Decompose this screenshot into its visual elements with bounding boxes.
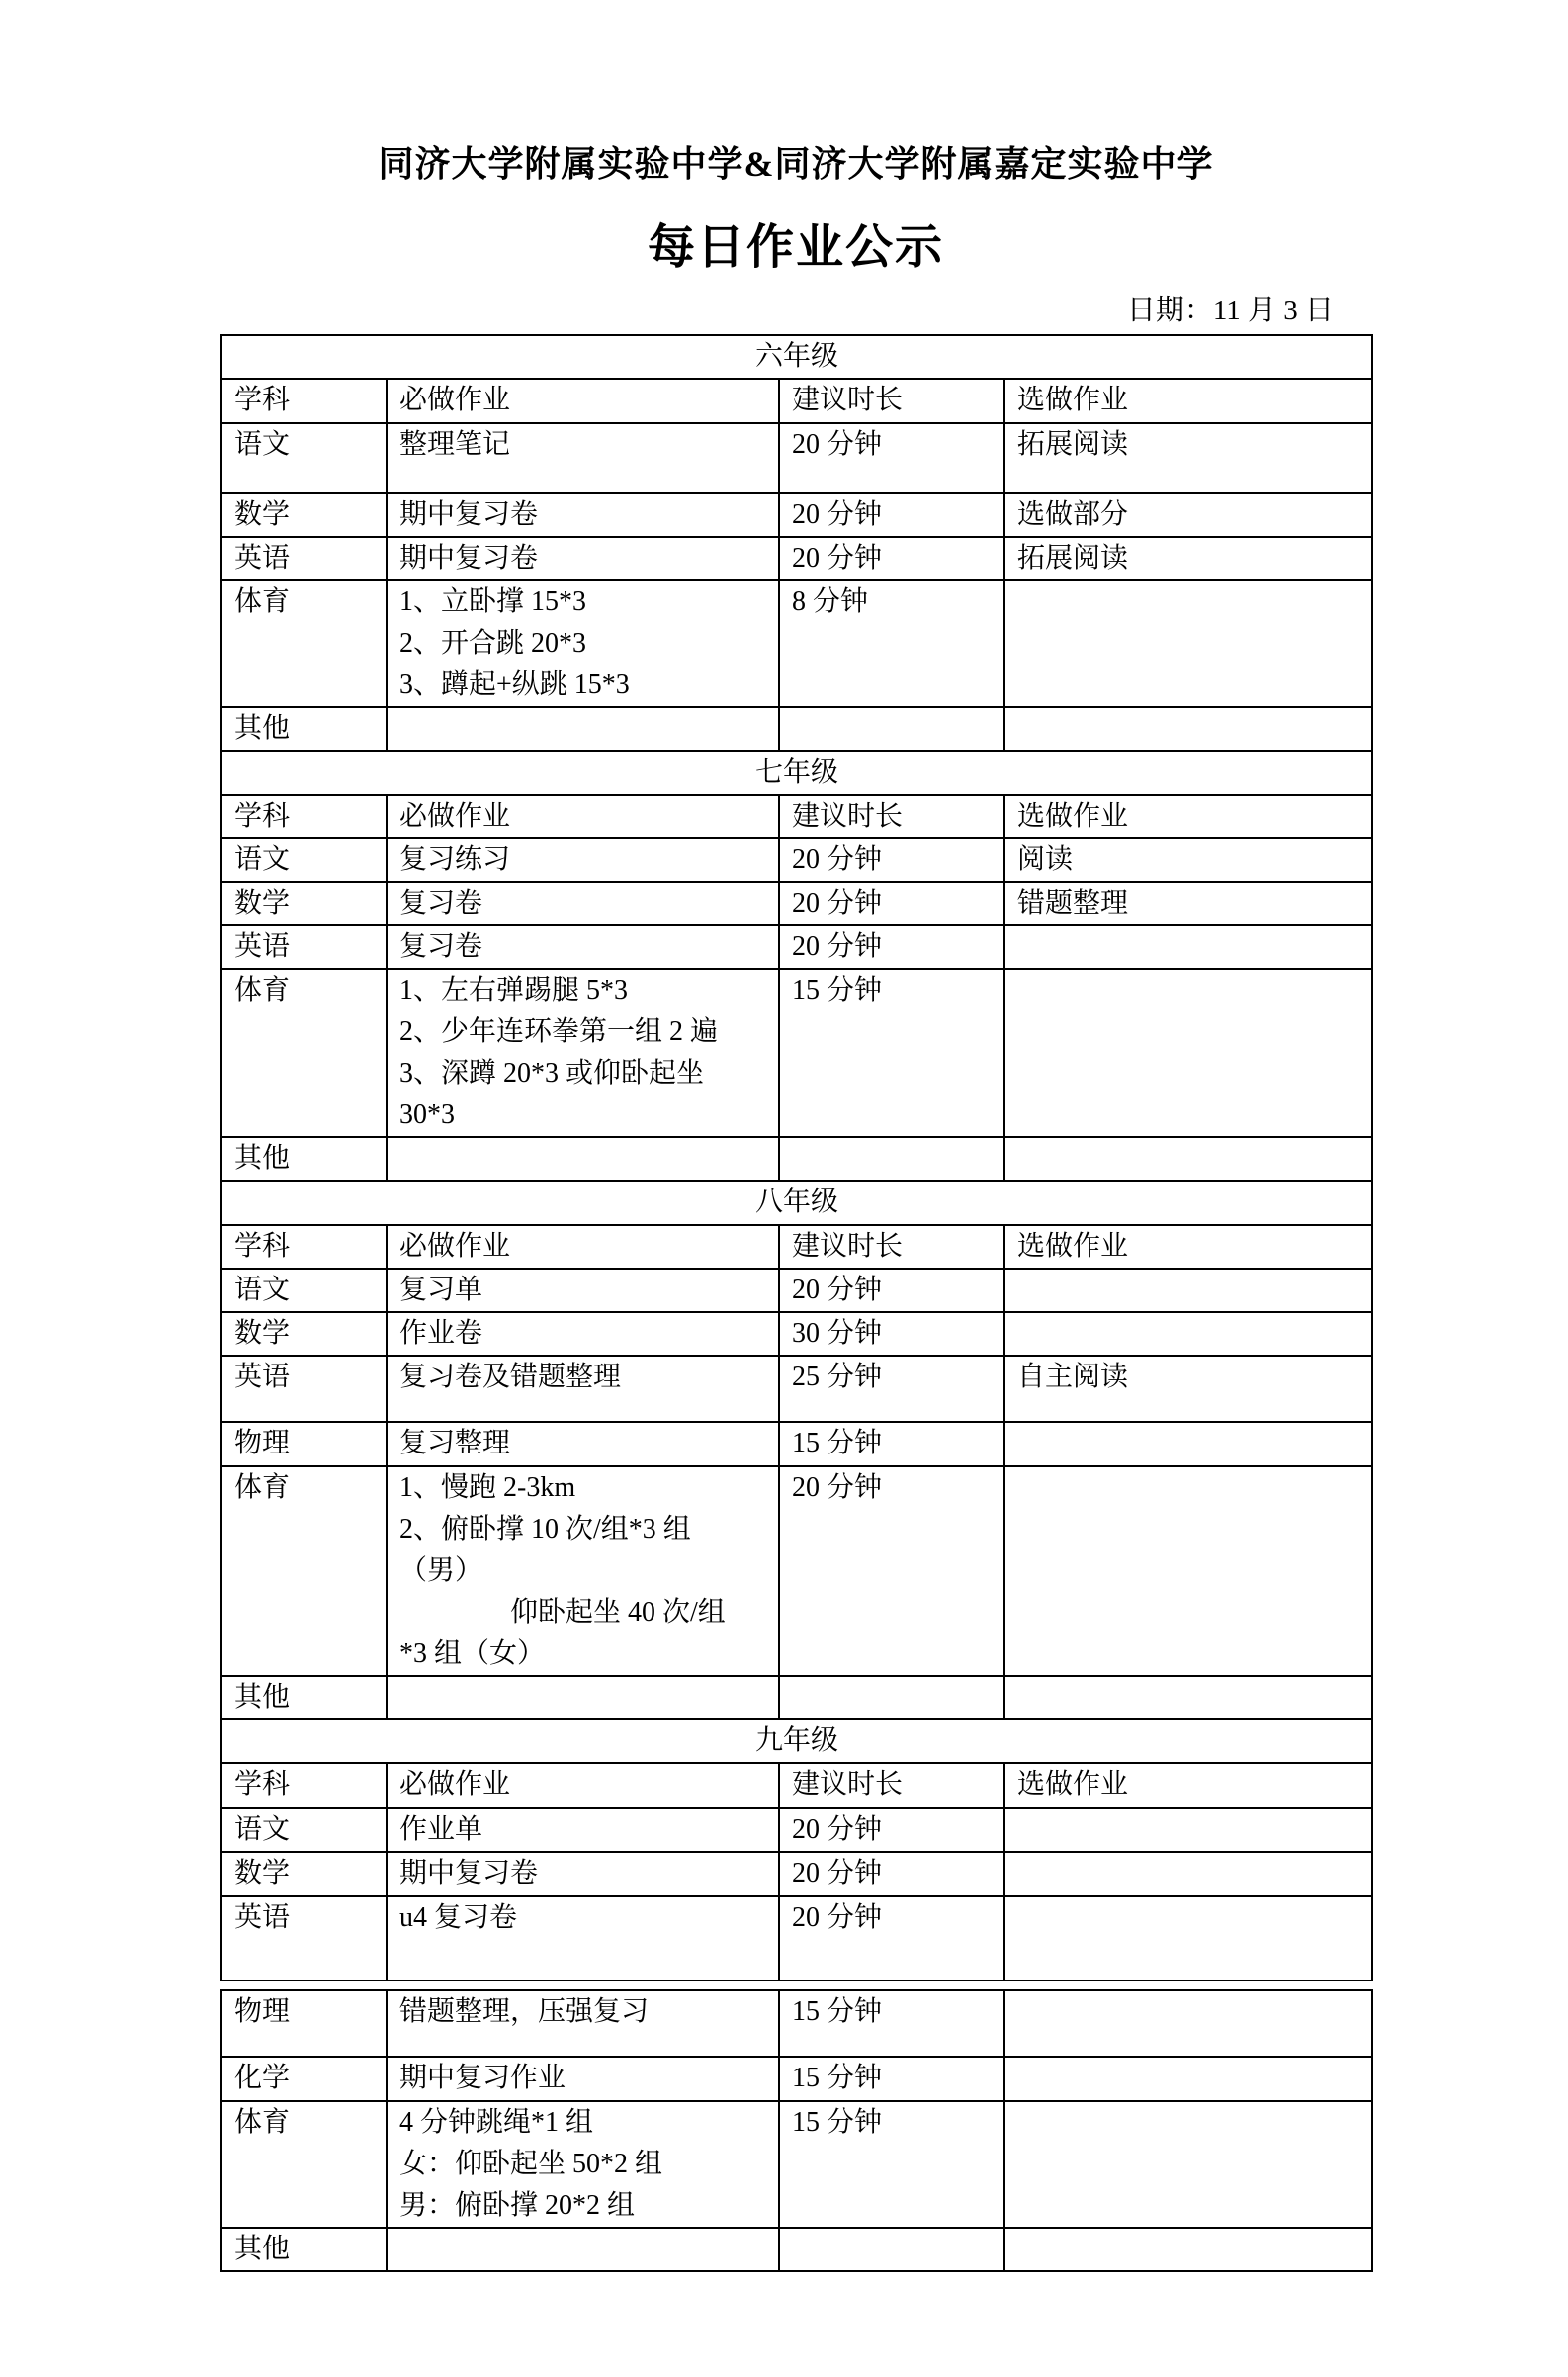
optional-cell — [1004, 580, 1372, 707]
column-header-duration: 建议时长 — [779, 795, 1004, 838]
subject-cell: 数学 — [221, 1852, 387, 1896]
duration-cell — [779, 1137, 1004, 1181]
required-cell: 错题整理，压强复习 — [387, 1990, 779, 2057]
column-header-required: 必做作业 — [387, 1225, 779, 1269]
grade6-title-row: 六年级 — [221, 335, 1372, 379]
grade9-title-row: 九年级 — [221, 1719, 1372, 1763]
column-header-duration: 建议时长 — [779, 1763, 1004, 1808]
duration-cell: 20 分钟 — [779, 882, 1004, 925]
optional-cell — [1004, 1676, 1372, 1719]
required-cell — [387, 1137, 779, 1181]
grade9-title: 九年级 — [221, 1719, 1372, 1763]
table-row: 物理 复习整理 15 分钟 — [221, 1422, 1372, 1466]
duration-cell: 20 分钟 — [779, 493, 1004, 537]
required-cell — [387, 707, 779, 751]
subject-cell: 其他 — [221, 1137, 387, 1181]
subject-cell: 语文 — [221, 838, 387, 882]
required-cell: 1、左右弹踢腿 5*3 2、少年连环拳第一组 2 遍 3、深蹲 20*3 或仰卧… — [387, 969, 779, 1137]
required-cell: 复习卷及错题整理 — [387, 1356, 779, 1422]
subject-cell: 体育 — [221, 969, 387, 1137]
table-row: 英语 复习卷 20 分钟 — [221, 925, 1372, 969]
optional-cell — [1004, 1137, 1372, 1181]
school-title: 同济大学附属实验中学&同济大学附属嘉定实验中学 — [220, 140, 1371, 188]
subject-cell: 英语 — [221, 1896, 387, 1981]
subject-cell: 化学 — [221, 2057, 387, 2101]
grade8-title-row: 八年级 — [221, 1181, 1372, 1225]
subject-cell: 语文 — [221, 1808, 387, 1852]
grade7-title-row: 七年级 — [221, 751, 1372, 795]
duration-cell — [779, 2228, 1004, 2271]
duration-cell: 15 分钟 — [779, 1990, 1004, 2057]
optional-cell — [1004, 925, 1372, 969]
duration-cell: 20 分钟 — [779, 1269, 1004, 1312]
column-header-subject: 学科 — [221, 379, 387, 423]
column-header-duration: 建议时长 — [779, 379, 1004, 423]
required-cell: 复习单 — [387, 1269, 779, 1312]
subject-cell: 物理 — [221, 1990, 387, 2057]
duration-cell: 8 分钟 — [779, 580, 1004, 707]
duration-cell: 20 分钟 — [779, 537, 1004, 580]
optional-cell — [1004, 1896, 1372, 1981]
required-cell: 复习卷 — [387, 882, 779, 925]
required-cell: 1、立卧撑 15*3 2、开合跳 20*3 3、蹲起+纵跳 15*3 — [387, 580, 779, 707]
optional-cell — [1004, 1852, 1372, 1896]
table-row: 体育 1、立卧撑 15*3 2、开合跳 20*3 3、蹲起+纵跳 15*3 8 … — [221, 580, 1372, 707]
grade7-title: 七年级 — [221, 751, 1372, 795]
optional-cell — [1004, 1422, 1372, 1466]
grade8-header-row: 学科 必做作业 建议时长 选做作业 — [221, 1225, 1372, 1269]
table-row: 数学 期中复习卷 20 分钟 选做部分 — [221, 493, 1372, 537]
table-row: 其他 — [221, 1137, 1372, 1181]
column-header-subject: 学科 — [221, 1225, 387, 1269]
subject-cell: 语文 — [221, 423, 387, 493]
column-header-optional: 选做作业 — [1004, 1763, 1372, 1808]
duration-cell: 20 分钟 — [779, 1808, 1004, 1852]
table-row: 语文 整理笔记 20 分钟 拓展阅读 — [221, 423, 1372, 493]
subject-cell: 数学 — [221, 1312, 387, 1356]
table-row: 体育 4 分钟跳绳*1 组 女：仰卧起坐 50*2 组 男：俯卧撑 20*2 组… — [221, 2101, 1372, 2228]
required-cell: u4 复习卷 — [387, 1896, 779, 1981]
required-cell: 期中复习卷 — [387, 1852, 779, 1896]
table-row: 语文 复习练习 20 分钟 阅读 — [221, 838, 1372, 882]
optional-cell: 错题整理 — [1004, 882, 1372, 925]
optional-cell — [1004, 1312, 1372, 1356]
grade8-title: 八年级 — [221, 1181, 1372, 1225]
required-cell: 整理笔记 — [387, 423, 779, 493]
grade9-header-row: 学科 必做作业 建议时长 选做作业 — [221, 1763, 1372, 1808]
date-label: 日期：11 月 3 日 — [220, 293, 1371, 328]
column-header-required: 必做作业 — [387, 1763, 779, 1808]
table-row: 化学 期中复习作业 15 分钟 — [221, 2057, 1372, 2101]
required-cell — [387, 2228, 779, 2271]
required-cell — [387, 1676, 779, 1719]
subject-cell: 其他 — [221, 707, 387, 751]
required-cell: 复习练习 — [387, 838, 779, 882]
required-cell: 作业单 — [387, 1808, 779, 1852]
table-row: 语文 作业单 20 分钟 — [221, 1808, 1372, 1852]
duration-cell — [779, 707, 1004, 751]
required-cell: 期中复习卷 — [387, 493, 779, 537]
table-row: 数学 复习卷 20 分钟 错题整理 — [221, 882, 1372, 925]
table-row: 数学 期中复习卷 20 分钟 — [221, 1852, 1372, 1896]
duration-cell: 20 分钟 — [779, 1896, 1004, 1981]
optional-cell: 选做部分 — [1004, 493, 1372, 537]
required-cell: 复习整理 — [387, 1422, 779, 1466]
subject-cell: 英语 — [221, 925, 387, 969]
optional-cell — [1004, 2228, 1372, 2271]
duration-cell: 15 分钟 — [779, 2101, 1004, 2228]
subject-cell: 其他 — [221, 2228, 387, 2271]
optional-cell — [1004, 2101, 1372, 2228]
table-row: 体育 1、左右弹踢腿 5*3 2、少年连环拳第一组 2 遍 3、深蹲 20*3 … — [221, 969, 1372, 1137]
optional-cell — [1004, 1808, 1372, 1852]
optional-cell — [1004, 707, 1372, 751]
subject-cell: 英语 — [221, 537, 387, 580]
table-row: 语文 复习单 20 分钟 — [221, 1269, 1372, 1312]
grade7-header-row: 学科 必做作业 建议时长 选做作业 — [221, 795, 1372, 838]
table-row: 数学 作业卷 30 分钟 — [221, 1312, 1372, 1356]
subject-cell: 体育 — [221, 2101, 387, 2228]
subject-cell: 数学 — [221, 493, 387, 537]
subject-cell: 数学 — [221, 882, 387, 925]
duration-cell: 30 分钟 — [779, 1312, 1004, 1356]
duration-cell: 20 分钟 — [779, 1466, 1004, 1676]
required-cell: 4 分钟跳绳*1 组 女：仰卧起坐 50*2 组 男：俯卧撑 20*2 组 — [387, 2101, 779, 2228]
optional-cell — [1004, 969, 1372, 1137]
optional-cell: 拓展阅读 — [1004, 537, 1372, 580]
table-row: 其他 — [221, 1676, 1372, 1719]
table-row: 体育 1、慢跑 2-3km 2、俯卧撑 10 次/组*3 组 （男） 仰卧起坐 … — [221, 1466, 1372, 1676]
duration-cell: 20 分钟 — [779, 1852, 1004, 1896]
column-header-required: 必做作业 — [387, 795, 779, 838]
required-cell: 期中复习卷 — [387, 537, 779, 580]
optional-cell — [1004, 1466, 1372, 1676]
duration-cell: 20 分钟 — [779, 423, 1004, 493]
required-cell: 作业卷 — [387, 1312, 779, 1356]
optional-cell — [1004, 1269, 1372, 1312]
optional-cell: 拓展阅读 — [1004, 423, 1372, 493]
table-row: 其他 — [221, 707, 1372, 751]
homework-table-continuation: 物理 错题整理，压强复习 15 分钟 化学 期中复习作业 15 分钟 体育 4 … — [220, 1989, 1373, 2272]
required-cell: 复习卷 — [387, 925, 779, 969]
subject-cell: 物理 — [221, 1422, 387, 1466]
column-header-duration: 建议时长 — [779, 1225, 1004, 1269]
duration-cell: 15 分钟 — [779, 2057, 1004, 2101]
optional-cell — [1004, 1990, 1372, 2057]
grade6-title: 六年级 — [221, 335, 1372, 379]
page-title: 每日作业公示 — [220, 218, 1371, 279]
optional-cell: 阅读 — [1004, 838, 1372, 882]
table-row: 英语 u4 复习卷 20 分钟 — [221, 1896, 1372, 1981]
required-cell: 期中复习作业 — [387, 2057, 779, 2101]
subject-cell: 英语 — [221, 1356, 387, 1422]
subject-cell: 体育 — [221, 580, 387, 707]
table-row: 其他 — [221, 2228, 1372, 2271]
grade6-header-row: 学科 必做作业 建议时长 选做作业 — [221, 379, 1372, 423]
duration-cell: 20 分钟 — [779, 925, 1004, 969]
table-row: 英语 复习卷及错题整理 25 分钟 自主阅读 — [221, 1356, 1372, 1422]
duration-cell: 15 分钟 — [779, 1422, 1004, 1466]
homework-table-main: 六年级 学科 必做作业 建议时长 选做作业 语文 整理笔记 20 分钟 拓展阅读… — [220, 334, 1373, 1981]
column-header-required: 必做作业 — [387, 379, 779, 423]
subject-cell: 语文 — [221, 1269, 387, 1312]
duration-cell: 15 分钟 — [779, 969, 1004, 1137]
subject-cell: 其他 — [221, 1676, 387, 1719]
optional-cell — [1004, 2057, 1372, 2101]
optional-cell: 自主阅读 — [1004, 1356, 1372, 1422]
duration-cell — [779, 1676, 1004, 1719]
document-page: 同济大学附属实验中学&同济大学附属嘉定实验中学 每日作业公示 日期：11 月 3… — [220, 0, 1371, 2272]
duration-cell: 20 分钟 — [779, 838, 1004, 882]
required-cell: 1、慢跑 2-3km 2、俯卧撑 10 次/组*3 组 （男） 仰卧起坐 40 … — [387, 1466, 779, 1676]
column-header-optional: 选做作业 — [1004, 1225, 1372, 1269]
duration-cell: 25 分钟 — [779, 1356, 1004, 1422]
column-header-subject: 学科 — [221, 795, 387, 838]
subject-cell: 体育 — [221, 1466, 387, 1676]
column-header-optional: 选做作业 — [1004, 795, 1372, 838]
column-header-optional: 选做作业 — [1004, 379, 1372, 423]
table-row: 物理 错题整理，压强复习 15 分钟 — [221, 1990, 1372, 2057]
column-header-subject: 学科 — [221, 1763, 387, 1808]
table-row: 英语 期中复习卷 20 分钟 拓展阅读 — [221, 537, 1372, 580]
